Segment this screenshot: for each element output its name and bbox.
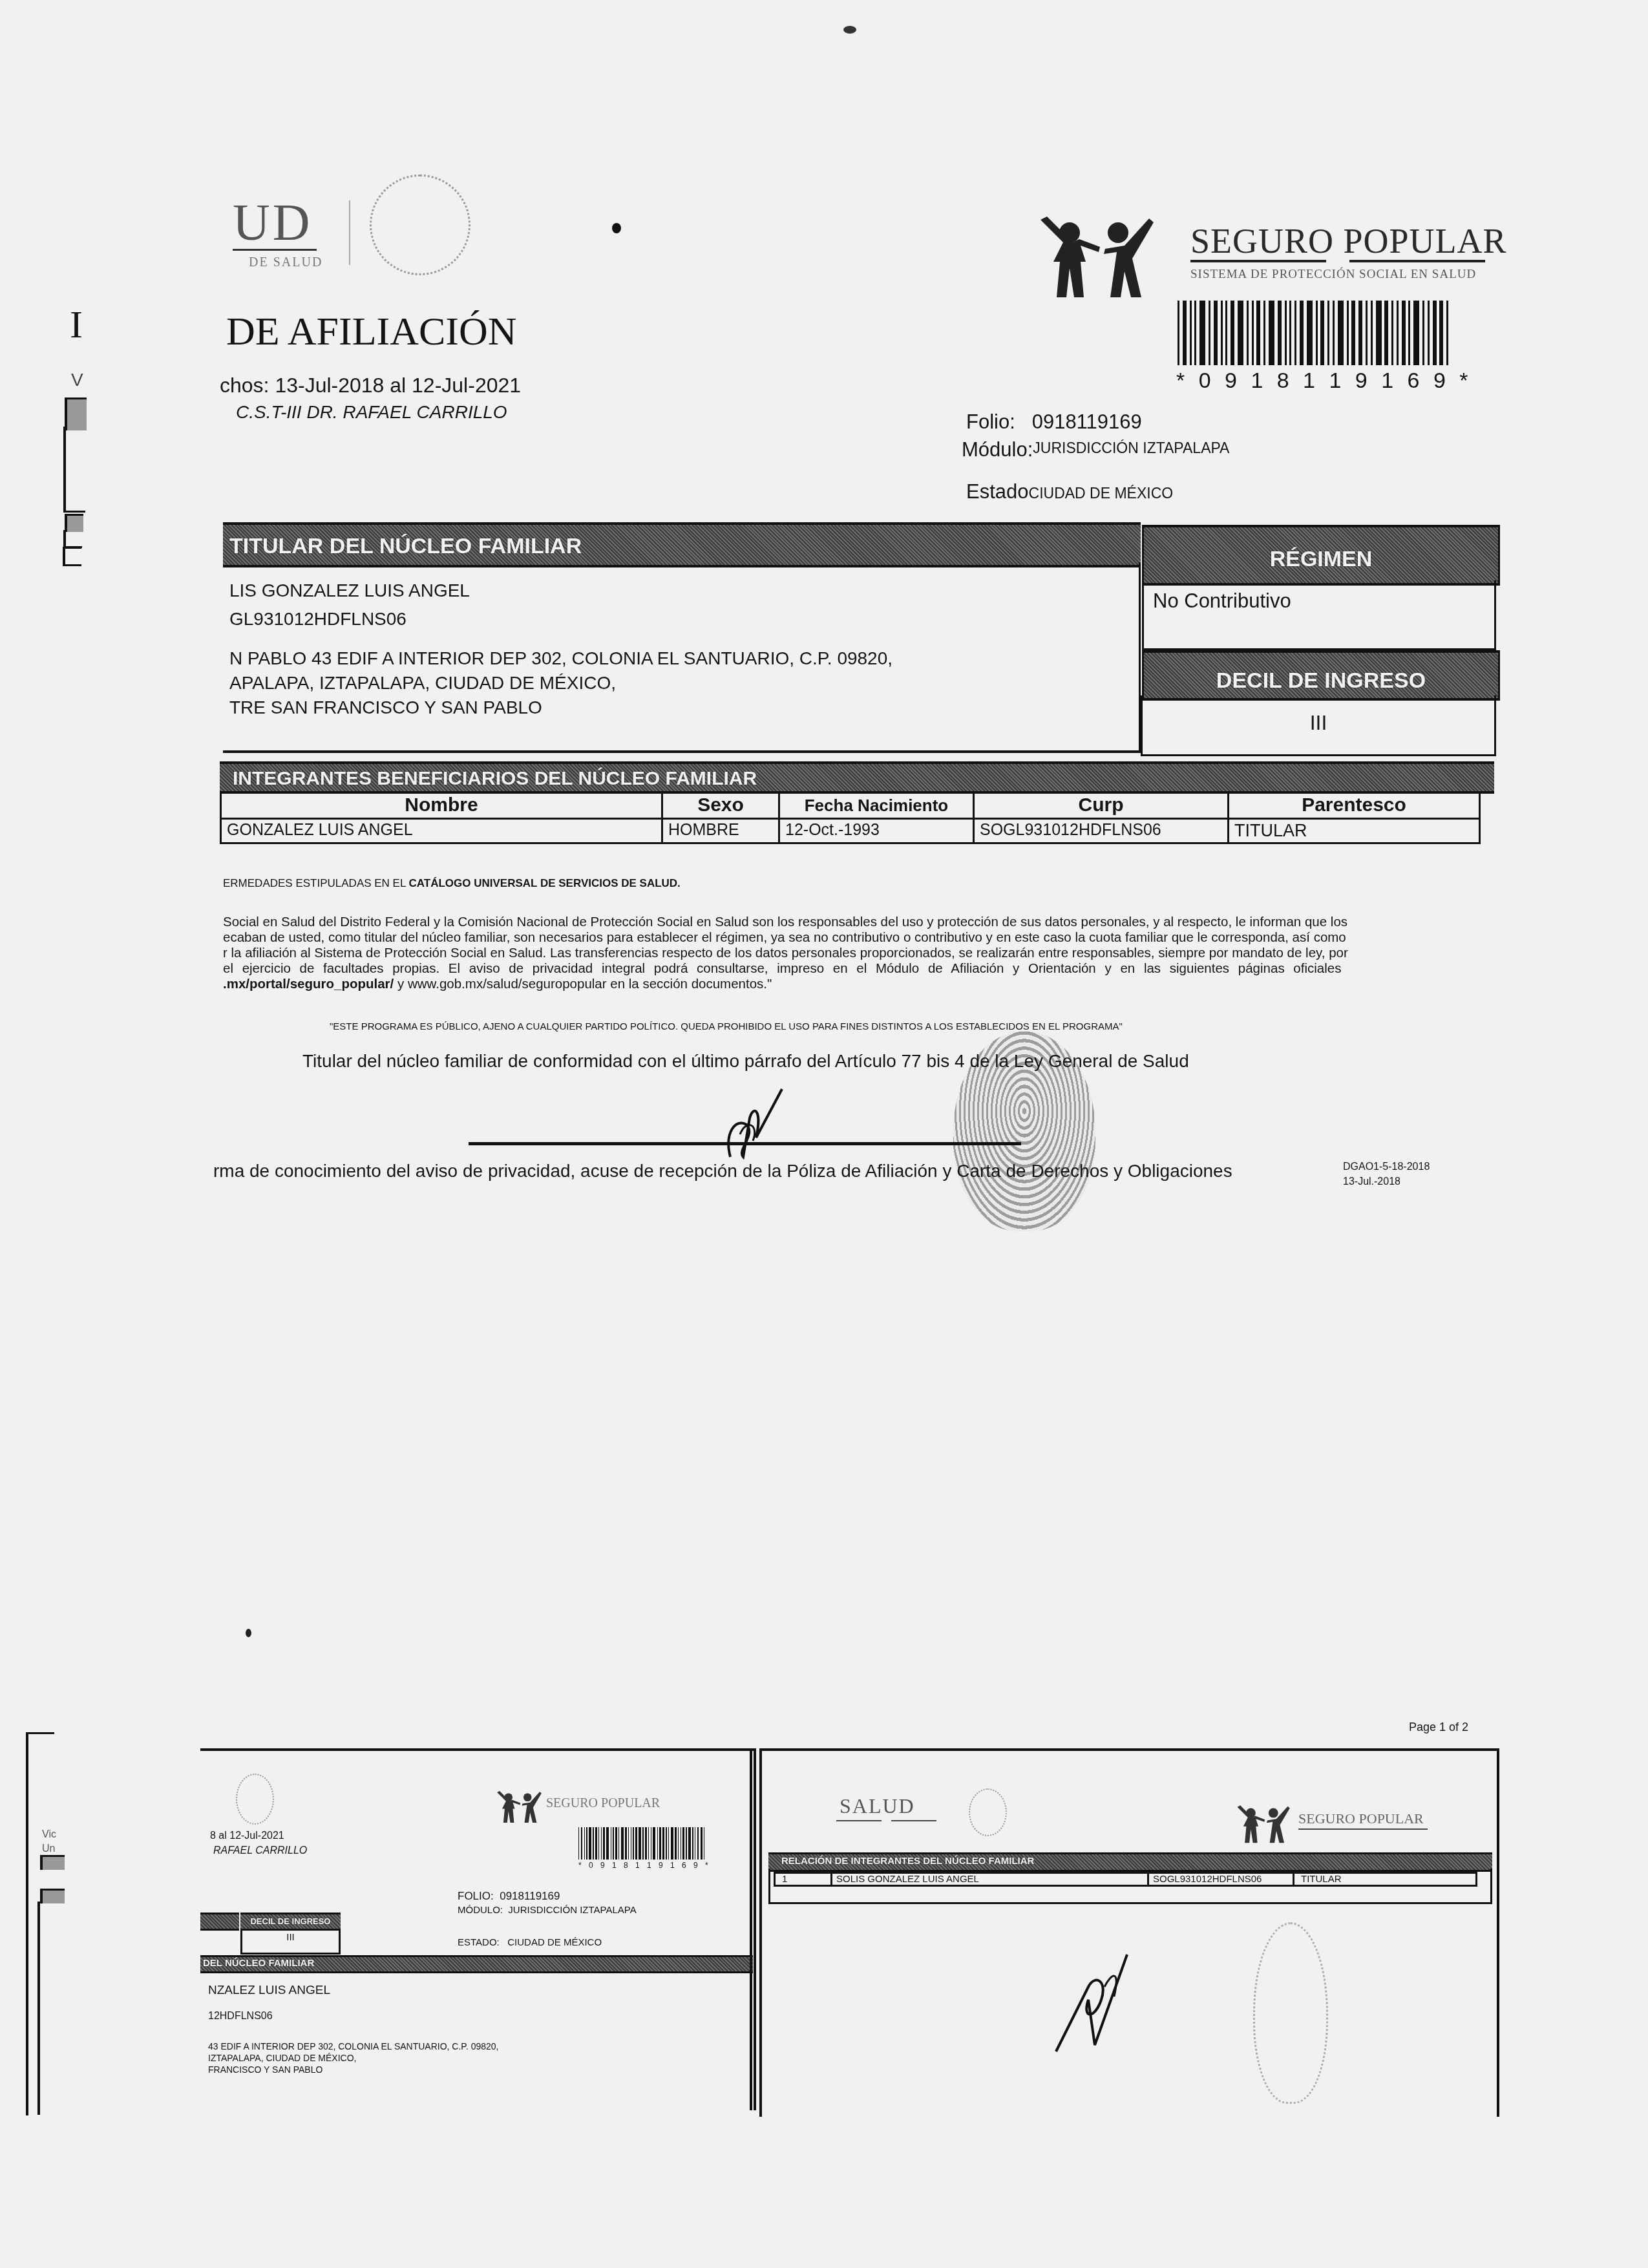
modulo-value: JURISDICCIÓN IZTAPALAPA <box>1033 440 1229 456</box>
card-estado: ESTADO: CIUDAD DE MÉXICO <box>458 1937 602 1948</box>
card-titular-header: DEL NÚCLEO FAMILIAR <box>200 1955 753 1973</box>
privacy-notice: Social en Salud del Distrito Federal y l… <box>223 915 1474 992</box>
titular-section-title: TITULAR DEL NÚCLEO FAMILIAR <box>229 534 582 559</box>
column-header: Nombre <box>221 792 662 819</box>
decil-title: DECIL DE INGRESO <box>1144 668 1498 694</box>
column-header: Sexo <box>662 792 779 819</box>
card-vigencia: 8 al 12-Jul-2021 <box>210 1830 284 1842</box>
card-titular-address: 43 EDIF A INTERIOR DEP 302, COLONIA EL S… <box>208 2040 498 2075</box>
cropped-title-letter: I <box>70 302 83 347</box>
seguro-popular-subtitle: SISTEMA DE PROTECCIÓN SOCIAL EN SALUD <box>1190 268 1476 282</box>
titular-section-header: TITULAR DEL NÚCLEO FAMILIAR <box>223 522 1141 567</box>
regimen-header: RÉGIMEN <box>1142 525 1500 586</box>
privacy-line: r la afiliación al Sistema de Protección… <box>223 946 1474 961</box>
column-header: Curp <box>974 792 1229 819</box>
seguro-popular-rule <box>1298 1828 1428 1830</box>
coat-of-arms-icon <box>969 1788 1007 1836</box>
cropped-letter: V <box>71 370 83 390</box>
card-titular-curp: 12HDFLNS06 <box>208 2011 273 2022</box>
folio-field: Folio: 0918119169 <box>966 410 1142 434</box>
cropped-table-edge <box>63 427 85 513</box>
card-estado-label: ESTADO: <box>458 1937 500 1948</box>
titular-curp: GL931012HDFLNS06 <box>229 609 407 630</box>
seguro-popular-figures-icon <box>1231 1804 1295 1846</box>
card-decil-header: DECIL DE INGRESO <box>240 1913 341 1931</box>
card-titular-name: NZALEZ LUIS ANGEL <box>208 1984 330 1998</box>
cropped-table-edge <box>65 514 83 532</box>
seguro-popular-figures-icon <box>1034 213 1157 304</box>
national-coat-of-arms-icon <box>370 175 470 275</box>
address-line: N PABLO 43 EDIF A INTERIOR DEP 302, COLO… <box>229 646 893 671</box>
column-header: Parentesco <box>1229 792 1480 819</box>
unidad-medica: C.S.T-III DR. RAFAEL CARRILLO <box>236 402 507 423</box>
page-number: Page 1 of 2 <box>1409 1721 1468 1734</box>
folio-value: 0918119169 <box>1032 410 1142 433</box>
ink-spot <box>843 26 856 34</box>
table-row: 1 SOLIS GONZALEZ LUIS ANGEL SOGL931012HD… <box>775 1873 1477 1886</box>
cell-nombre: GONZALEZ LUIS ANGEL <box>221 819 662 843</box>
integrantes-table: Nombre Sexo Fecha Nacimiento Curp Parent… <box>220 791 1481 844</box>
cell-fecha: 12-Oct.-1993 <box>779 819 974 843</box>
signature-caption: rma de conocimiento del aviso de privaci… <box>213 1161 1232 1182</box>
modulo-label: Módulo: <box>962 438 1033 461</box>
folio-label: Folio: <box>966 410 1015 433</box>
privacy-url: .mx/portal/seguro_popular/ <box>223 977 394 991</box>
ink-spot <box>612 223 621 233</box>
card-band-fragment <box>200 1913 239 1931</box>
estado-label: Estado <box>966 480 1029 503</box>
decil-header: DECIL DE INGRESO <box>1142 650 1500 701</box>
card-folio-value: 0918119169 <box>500 1890 560 1902</box>
card-unidad: RAFAEL CARRILLO <box>213 1845 307 1857</box>
table-header-row: Nombre Sexo Fecha Nacimiento Curp Parent… <box>221 792 1480 819</box>
cell-nombre: SOLIS GONZALEZ LUIS ANGEL <box>832 1873 1148 1886</box>
seguro-popular-title: SEGURO POPULAR <box>1190 221 1507 261</box>
cropped-text: Vic <box>42 1829 56 1841</box>
document-title: DE AFILIACIÓN <box>226 309 516 355</box>
signature-image <box>685 1079 827 1163</box>
address-line: TRE SAN FRANCISCO Y SAN PABLO <box>229 695 893 720</box>
signature-line <box>469 1142 1021 1145</box>
cell-curp: SOGL931012HDFLNS06 <box>974 819 1229 843</box>
cropped-table-edge <box>65 397 87 430</box>
cropped-card-edge <box>26 1732 54 2115</box>
relacion-integrantes-body: 1 SOLIS GONZALEZ LUIS ANGEL SOGL931012HD… <box>768 1869 1492 1904</box>
privacy-line: Social en Salud del Distrito Federal y l… <box>223 915 1474 930</box>
card-seguro-popular-title: SEGURO POPULAR <box>546 1796 660 1811</box>
seguro-popular-rule <box>1349 260 1485 262</box>
modulo-field: Módulo:JURISDICCIÓN IZTAPALAPA <box>962 438 1229 461</box>
card-modulo-value: JURISDICCIÓN IZTAPALAPA <box>508 1905 636 1916</box>
address-line: APALAPA, IZTAPALAPA, CIUDAD DE MÉXICO, <box>229 671 893 695</box>
cropped-card-edge <box>37 1902 40 2115</box>
fingerprint-image <box>1253 1922 1328 2104</box>
titular-name: LIS GONZALEZ LUIS ANGEL <box>229 580 470 601</box>
card-salud-logo: SALUD <box>840 1794 915 1818</box>
table-row: GONZALEZ LUIS ANGEL HOMBRE 12-Oct.-1993 … <box>221 819 1480 843</box>
regimen-value: No Contributivo <box>1153 589 1291 613</box>
relacion-integrantes-title: RELACIÓN DE INTEGRANTES DEL NÚCLEO FAMIL… <box>781 1856 1034 1867</box>
address-line: IZTAPALAPA, CIUDAD DE MÉXICO, <box>208 2052 498 2064</box>
privacy-line: ecaban de usted, como titular del núcleo… <box>223 930 1474 946</box>
conformity-text: Titular del núcleo familiar de conformid… <box>302 1051 1189 1072</box>
barcode-text: * 0 9 1 8 1 1 9 1 6 9 * <box>1176 368 1472 394</box>
signature-image <box>1050 1948 1140 2058</box>
address-line: 43 EDIF A INTERIOR DEP 302, COLONIA EL S… <box>208 2040 498 2052</box>
card-modulo-label: MÓDULO: <box>458 1905 503 1916</box>
column-header: Fecha Nacimiento <box>779 792 974 819</box>
decil-value: III <box>1143 711 1494 735</box>
estado-field: EstadoCIUDAD DE MÉXICO <box>966 480 1173 503</box>
regimen-title: RÉGIMEN <box>1144 547 1498 572</box>
integrantes-section-title: INTEGRANTES BENEFICIARIOS DEL NÚCLEO FAM… <box>233 768 757 790</box>
ink-spot <box>246 1629 251 1637</box>
catalogo-prefix: ERMEDADES ESTIPULADAS EN EL <box>223 877 409 889</box>
logo-divider <box>349 200 350 265</box>
card-estado-value: CIUDAD DE MÉXICO <box>507 1937 602 1948</box>
titular-address: N PABLO 43 EDIF A INTERIOR DEP 302, COLO… <box>229 646 893 720</box>
cell-parentesco: TITULAR <box>1229 819 1480 843</box>
vigencia-dates: chos: 13-Jul-2018 al 12-Jul-2021 <box>220 374 521 397</box>
card-barcode <box>578 1827 730 1860</box>
card-front: 8 al 12-Jul-2021 RAFAEL CARRILLO SEGURO … <box>200 1748 756 2110</box>
titular-body: LIS GONZALEZ LUIS ANGEL GL931012HDFLNS06… <box>223 562 1141 753</box>
salud-logo-rule <box>233 249 317 251</box>
salud-logo: UD <box>233 194 313 253</box>
card-back: SALUD SEGURO POPULAR RELACIÓN DE INTEGRA… <box>759 1748 1499 2117</box>
seguro-popular-figures-icon <box>494 1790 543 1825</box>
salud-logo-rule <box>891 1820 936 1821</box>
cell-parentesco: TITULAR <box>1294 1873 1477 1886</box>
salud-logo-rule <box>836 1820 882 1821</box>
document-code: DGAO1-5-18-2018 <box>1343 1161 1430 1173</box>
privacy-line: el ejercicio de facultades propias. El a… <box>223 961 1474 977</box>
card-folio-label: FOLIO: <box>458 1890 494 1902</box>
card-titular-title: DEL NÚCLEO FAMILIAR <box>203 1958 314 1969</box>
estado-value: CIUDAD DE MÉXICO <box>1029 485 1174 502</box>
card-divider <box>750 1748 752 2110</box>
coat-of-arms-icon <box>236 1774 274 1825</box>
card-folio: FOLIO: 0918119169 <box>458 1890 560 1903</box>
cell-sexo: HOMBRE <box>662 819 779 843</box>
program-notice: "ESTE PROGRAMA ES PÚBLICO, AJENO A CUALQ… <box>330 1021 1123 1032</box>
cropped-table-edge <box>63 547 81 566</box>
card-decil-value: III <box>240 1929 341 1955</box>
folio-barcode <box>1178 301 1494 365</box>
salud-logo-subtitle: DE SALUD <box>249 255 322 270</box>
cropped-table-edge <box>40 1889 65 1903</box>
regimen-body: No Contributivo <box>1142 580 1496 650</box>
privacy-url-rest: y www.gob.mx/salud/seguropopular en la s… <box>394 977 772 991</box>
catalogo-notice: ERMEDADES ESTIPULADAS EN EL CATÁLOGO UNI… <box>223 877 681 890</box>
card-modulo: MÓDULO: JURISDICCIÓN IZTAPALAPA <box>458 1905 637 1916</box>
decil-body: III <box>1141 695 1496 756</box>
cropped-text: Un <box>42 1843 55 1855</box>
card-barcode-text: * 0 9 1 8 1 1 9 1 6 9 * <box>578 1861 711 1870</box>
cell-curp: SOGL931012HDFLNS06 <box>1148 1873 1294 1886</box>
card-back-seguro-popular-title: SEGURO POPULAR <box>1298 1810 1424 1827</box>
integrantes-section-header: INTEGRANTES BENEFICIARIOS DEL NÚCLEO FAM… <box>220 761 1494 794</box>
seguro-popular-rule <box>1190 260 1326 262</box>
cell-index: 1 <box>775 1873 832 1886</box>
cropped-table-edge <box>63 530 82 548</box>
catalogo-bold: CATÁLOGO UNIVERSAL DE SERVICIOS DE SALUD… <box>409 877 681 889</box>
address-line: FRANCISCO Y SAN PABLO <box>208 2064 498 2075</box>
relacion-integrantes-table: 1 SOLIS GONZALEZ LUIS ANGEL SOGL931012HD… <box>774 1872 1477 1887</box>
document-date: 13-Jul.-2018 <box>1343 1176 1400 1188</box>
cropped-table-edge <box>40 1855 65 1870</box>
